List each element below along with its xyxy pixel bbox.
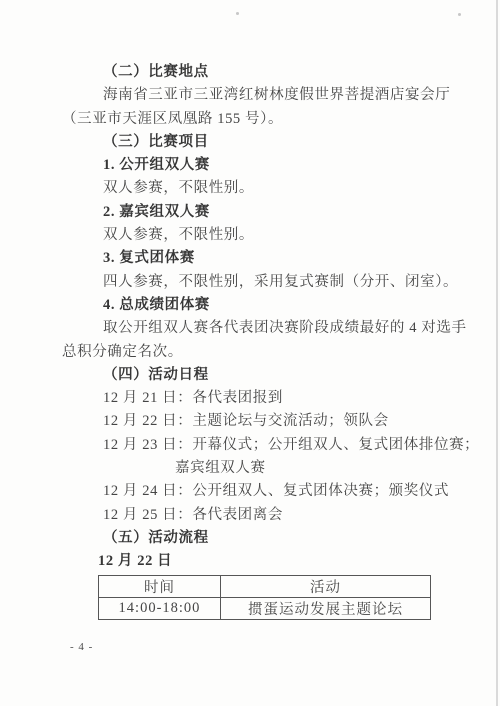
page-number: - 4 - <box>70 641 93 653</box>
table-cell-activity: 掼蛋运动发展主题论坛 <box>221 597 431 619</box>
schedule-line: 12 月 22 日：主题论坛与交流活动；领队会 <box>62 410 444 433</box>
scan-speck <box>458 13 461 16</box>
scan-page-edge-line <box>496 0 498 706</box>
section-heading: （二）比赛地点 <box>62 61 444 84</box>
section-heading: （四）活动日程 <box>62 364 444 387</box>
table-header-time: 时间 <box>99 575 221 597</box>
item-heading: 2. 嘉宾组双人赛 <box>62 201 444 224</box>
section-heading: （五）活动流程 <box>62 527 444 550</box>
schedule-line: 12 月 23 日：开幕仪式；公开组双人、复式团体排位赛； <box>62 434 444 457</box>
schedule-line: 12 月 21 日：各代表团报到 <box>62 387 444 410</box>
schedule-line: 12 月 25 日：各代表团离会 <box>62 504 444 527</box>
paragraph-line: （三亚市天涯区凤凰路 155 号）。 <box>62 108 444 131</box>
table-header-row: 时间 活动 <box>99 575 431 597</box>
scanned-document-page: （二）比赛地点 海南省三亚市三亚湾红树林度假世界菩提酒店宴会厅 （三亚市天涯区凤… <box>0 0 500 706</box>
paragraph-line: 双人参赛，不限性别。 <box>62 177 444 200</box>
paragraph-line: 取公开组双人赛各代表团决赛阶段成绩最好的 4 对选手 <box>62 317 444 340</box>
schedule-line: 12 月 24 日：公开组双人、复式团体决赛；颁奖仪式 <box>62 480 444 503</box>
paragraph-line: 四人参赛，不限性别，采用复式赛制（分开、闭室）。 <box>62 271 444 294</box>
table-header-activity: 活动 <box>221 575 431 597</box>
scan-speck <box>236 12 239 15</box>
paragraph-line: 海南省三亚市三亚湾红树林度假世界菩提酒店宴会厅 <box>62 84 444 107</box>
paragraph-line: 双人参赛，不限性别。 <box>62 224 444 247</box>
paragraph-line: 总积分确定名次。 <box>62 341 444 364</box>
item-heading: 1. 公开组双人赛 <box>62 154 444 177</box>
document-body: （二）比赛地点 海南省三亚市三亚湾红树林度假世界菩提酒店宴会厅 （三亚市天涯区凤… <box>62 61 444 620</box>
date-subheading: 12 月 22 日 <box>62 550 444 573</box>
activity-schedule-table: 时间 活动 14:00-18:00 掼蛋运动发展主题论坛 <box>98 575 431 620</box>
item-heading: 4. 总成绩团体赛 <box>62 294 444 317</box>
item-heading: 3. 复式团体赛 <box>62 247 444 270</box>
table-row: 14:00-18:00 掼蛋运动发展主题论坛 <box>99 597 431 619</box>
schedule-line-cont: 嘉宾组双人赛 <box>62 457 444 480</box>
table-cell-time: 14:00-18:00 <box>99 597 221 619</box>
section-heading: （三）比赛项目 <box>62 131 444 154</box>
